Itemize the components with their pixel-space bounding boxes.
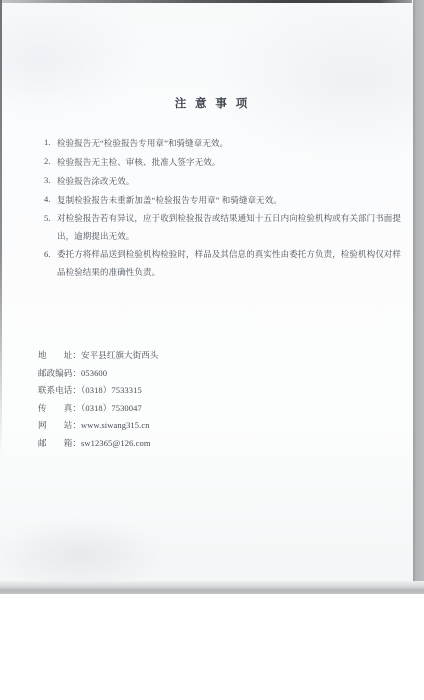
item-line: 检验报告涂改无效。 <box>57 176 134 186</box>
scan-right-background <box>413 0 424 594</box>
contact-label: 传 真： <box>38 403 81 413</box>
notice-item-2: 2. 检验报告无主检、审核、批准人签字无效。 <box>44 152 396 171</box>
scan-left-edge <box>0 0 2 455</box>
page-title: 注 意 事 项 <box>0 95 413 111</box>
notice-item-6: 6. 委托方将样品送到检验机构检验时，样品及其信息的真实性由委托方负责，检验机构… <box>44 245 396 281</box>
item-line: 检验报告无“检验报告专用章”和骑缝章无效。 <box>57 138 228 148</box>
item-line: 出，逾期提出无效。 <box>57 227 401 245</box>
contact-value: （0318）7530047 <box>81 403 142 413</box>
contact-row-email: 邮 箱：sw12365@126.com <box>38 435 158 453</box>
contact-label: 邮政编码： <box>38 368 81 378</box>
scanned-document: 注 意 事 项 1. 检验报告无“检验报告专用章”和骑缝章无效。 2. 检验报告… <box>0 0 424 594</box>
notice-item-3: 3. 检验报告涂改无效。 <box>44 171 396 190</box>
item-line: 委托方将样品送到检验机构检验时，样品及其信息的真实性由委托方负责，检验机构仅对样 <box>57 245 401 263</box>
scanned-page-viewport: 注 意 事 项 1. 检验报告无“检验报告专用章”和骑缝章无效。 2. 检验报告… <box>0 0 424 700</box>
notice-item-1: 1. 检验报告无“检验报告专用章”和骑缝章无效。 <box>44 133 396 152</box>
contact-label: 邮 箱： <box>38 438 81 448</box>
contact-value: sw12365@126.com <box>81 438 151 448</box>
item-number: 2. <box>44 152 57 171</box>
item-number: 3. <box>44 171 57 190</box>
contact-row-zipcode: 邮政编码：053600 <box>38 365 158 383</box>
contact-value: （0318）7533315 <box>81 385 142 395</box>
item-line: 品检验结果的准确性负责。 <box>57 263 401 281</box>
item-line: 复制检验报告未重新加盖“检验报告专用章” 和骑缝章无效。 <box>57 195 282 205</box>
scan-bottom-shadow <box>0 581 424 594</box>
contact-row-address: 地 址：安平县红旗大街西头 <box>38 347 158 365</box>
scan-top-edge <box>0 0 412 3</box>
item-number: 1. <box>44 133 57 152</box>
item-line: 对检验报告若有异议，应于收到检验报告或结果通知十五日内向检验机构或有关部门书面提 <box>57 209 401 227</box>
contact-value: 安平县红旗大街西头 <box>81 350 158 360</box>
contact-value: 053600 <box>81 368 107 378</box>
contact-row-phone: 联系电话：（0318）7533315 <box>38 382 158 400</box>
contact-row-fax: 传 真：（0318）7530047 <box>38 400 158 418</box>
notice-list: 1. 检验报告无“检验报告专用章”和骑缝章无效。 2. 检验报告无主检、审核、批… <box>44 133 396 281</box>
contact-row-website: 网 站：www.siwang315.cn <box>38 417 158 435</box>
item-number: 6. <box>44 245 57 281</box>
contact-value: www.siwang315.cn <box>81 420 150 430</box>
contact-label: 网 站： <box>38 420 81 430</box>
notice-item-4: 4. 复制检验报告未重新加盖“检验报告专用章” 和骑缝章无效。 <box>44 190 396 209</box>
paper-sheet: 注 意 事 项 1. 检验报告无“检验报告专用章”和骑缝章无效。 2. 检验报告… <box>0 0 413 586</box>
item-number: 5. <box>44 209 57 245</box>
item-number: 4. <box>44 190 57 209</box>
contact-label: 地 址： <box>38 350 81 360</box>
contact-block: 地 址：安平县红旗大街西头 邮政编码：053600 联系电话：（0318）753… <box>38 347 158 452</box>
contact-label: 联系电话： <box>38 385 81 395</box>
notice-item-5: 5. 对检验报告若有异议，应于收到检验报告或结果通知十五日内向检验机构或有关部门… <box>44 209 396 245</box>
item-line: 检验报告无主检、审核、批准人签字无效。 <box>57 157 220 167</box>
